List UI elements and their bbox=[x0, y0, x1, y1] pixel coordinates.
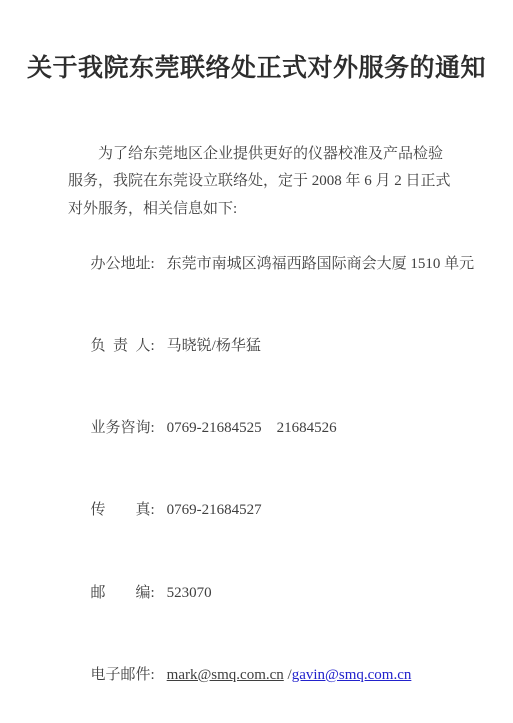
info-row-person-in-charge: 负责人:马晓锐/杨华猛 bbox=[68, 305, 450, 387]
info-label: 传真 bbox=[91, 497, 151, 524]
info-label: 负责人 bbox=[91, 333, 151, 360]
paragraph-line: 服务，我院在东莞设立联络处，定于 2008 年 6 月 2 日正式 bbox=[68, 168, 450, 195]
info-colon: : bbox=[151, 415, 155, 442]
email-link-gavin[interactable]: gavin@smq.com.cn bbox=[292, 667, 412, 683]
email-link-mark[interactable]: mark@smq.com.cn bbox=[167, 667, 284, 683]
info-label: 电子邮件 bbox=[91, 662, 151, 689]
info-colon: : bbox=[151, 662, 155, 689]
info-row-office-address: 办公地址:东莞市南城区鸿福西路国际商会大厦 1510 单元 bbox=[68, 223, 450, 305]
document-body: 为了给东莞地区企业提供更好的仪器校准及产品检验 服务，我院在东莞设立联络处，定于… bbox=[68, 141, 450, 717]
info-label: 邮编 bbox=[91, 580, 151, 607]
info-colon: : bbox=[151, 251, 155, 278]
info-row-business-phone: 业务咨询:0769-21684525 21684526 bbox=[68, 388, 450, 470]
info-row-postal-code: 邮编:523070 bbox=[68, 552, 450, 634]
info-colon: : bbox=[151, 333, 155, 360]
info-colon: : bbox=[151, 580, 155, 607]
page-title: 关于我院东莞联络处正式对外服务的通知 bbox=[0, 52, 513, 85]
info-row-email: 电子邮件:mark@smq.com.cn /gavin@smq.com.cn bbox=[68, 634, 450, 716]
info-colon: : bbox=[151, 497, 155, 524]
info-value: 东莞市南城区鸿福西路国际商会大厦 1510 单元 bbox=[167, 256, 475, 272]
info-label: 办公地址 bbox=[91, 251, 151, 278]
email-value-group: mark@smq.com.cn /gavin@smq.com.cn bbox=[167, 667, 412, 683]
paragraph-line: 对外服务，相关信息如下: bbox=[68, 196, 450, 223]
info-value: 马晓锐/杨华猛 bbox=[167, 338, 261, 354]
paragraph-line: 为了给东莞地区企业提供更好的仪器校准及产品检验 bbox=[68, 141, 450, 168]
info-row-fax: 传真:0769-21684527 bbox=[68, 470, 450, 552]
info-value: 0769-21684525 21684526 bbox=[167, 420, 337, 436]
info-value: 0769-21684527 bbox=[167, 502, 262, 518]
document-page: 关于我院东莞联络处正式对外服务的通知 为了给东莞地区企业提供更好的仪器校准及产品… bbox=[0, 0, 513, 723]
email-separator: / bbox=[284, 667, 292, 683]
info-value: 523070 bbox=[167, 585, 212, 601]
info-label: 业务咨询 bbox=[91, 415, 151, 442]
